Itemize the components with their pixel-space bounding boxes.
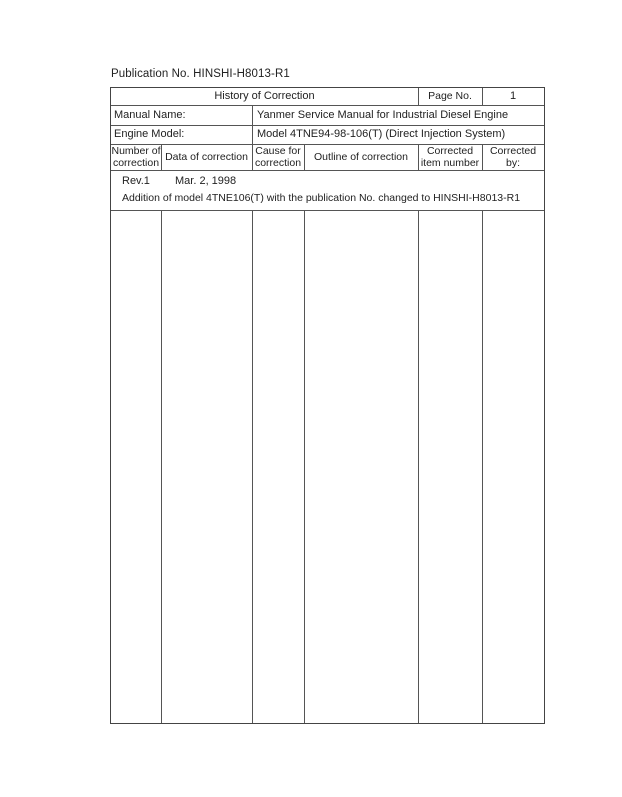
column-header-line: by: bbox=[506, 157, 520, 169]
col-divider bbox=[482, 210, 483, 723]
column-header-line: Cause for bbox=[255, 145, 301, 157]
column-header-line: Corrected bbox=[490, 145, 536, 157]
manual-name-label: Manual Name: bbox=[111, 105, 252, 125]
publication-number: Publication No. HINSHI-H8013-R1 bbox=[111, 68, 290, 80]
column-header-date: Data of correction bbox=[161, 144, 252, 170]
engine-model-value: Model 4TNE94-98-106(T) (Direct Injection… bbox=[252, 125, 544, 144]
page-number-label: Page No. bbox=[418, 88, 482, 105]
engine-model-label: Engine Model: bbox=[111, 125, 252, 144]
column-header-corrected-by: Corrected by: bbox=[482, 144, 544, 170]
page-number-value: 1 bbox=[482, 88, 544, 105]
column-header-line: item number bbox=[421, 157, 479, 169]
column-header-cause: Cause for correction bbox=[252, 144, 304, 170]
table-title: History of Correction bbox=[111, 88, 418, 105]
entry-date: Mar. 2, 1998 bbox=[175, 175, 236, 187]
col-divider bbox=[252, 210, 253, 723]
row-divider bbox=[111, 210, 544, 211]
column-header-corrected-item: Corrected item number bbox=[418, 144, 482, 170]
column-header-line: correction bbox=[113, 157, 159, 169]
row-divider bbox=[111, 170, 544, 171]
col-divider bbox=[161, 210, 162, 723]
entry-revision: Rev.1 bbox=[122, 175, 150, 187]
column-header-line: Corrected bbox=[427, 145, 473, 157]
manual-name-value: Yanmer Service Manual for Industrial Die… bbox=[252, 105, 544, 125]
col-divider bbox=[418, 210, 419, 723]
history-of-correction-table: History of Correction Page No. 1 Manual … bbox=[110, 87, 545, 724]
col-divider bbox=[304, 210, 305, 723]
column-header-outline: Outline of correction bbox=[304, 144, 418, 170]
entry-description: Addition of model 4TNE106(T) with the pu… bbox=[122, 192, 520, 204]
column-header-number: Number of correction bbox=[111, 144, 161, 170]
column-header-line: Number of bbox=[111, 145, 160, 157]
column-header-line: correction bbox=[255, 157, 301, 169]
